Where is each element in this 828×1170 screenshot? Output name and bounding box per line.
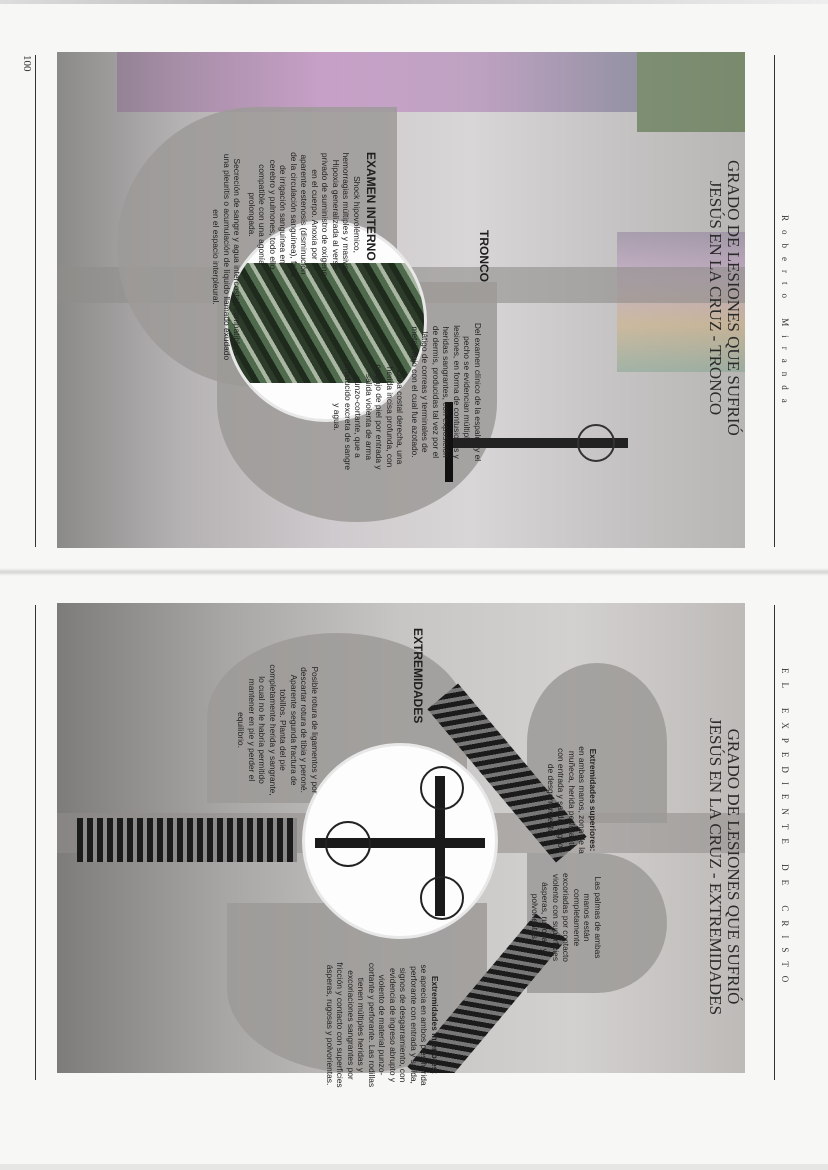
section-label-tronco: TRONCO (477, 230, 491, 282)
ligamentos-text: Posible rotura de ligamentos y por desca… (236, 660, 320, 800)
scan-streak (117, 52, 637, 112)
inferiores-block: Extremidades inferiores: se aprecia en a… (325, 960, 441, 1090)
header-rule-right (774, 605, 775, 1080)
title-line-1: GRADO DE LESIONES QUE SUFRIÓ (724, 160, 742, 436)
scan-streak (637, 52, 745, 132)
exudado-text: Secreción de sangre y agua intercostal, … (211, 152, 243, 362)
scan-edge-top (0, 0, 828, 4)
title-line-2: JESÚS EN LA CRUZ - EXTREMIDADES (706, 718, 724, 1015)
superiores-heading: Extremidades superiores: (588, 745, 599, 855)
legs (77, 818, 297, 862)
palmas-block: Las palmas de ambas manos están completa… (530, 870, 604, 965)
title-line-2: JESÚS EN LA CRUZ - TRONCO (706, 160, 724, 436)
page-title-extremidades: GRADO DE LESIONES QUE SUFRIÓ JESÚS EN LA… (706, 718, 742, 1015)
running-head-book: EL EXPEDIENTE DE CRISTO (780, 668, 790, 991)
palmas-text: Las palmas de ambas manos están completa… (530, 870, 604, 965)
examen-clinico-text: Del examen clínico de la espalda y el pe… (410, 322, 484, 462)
page-number: 100 (21, 55, 33, 72)
inferiores-heading: Extremidades inferiores: (430, 960, 441, 1090)
title-line-1: GRADO DE LESIONES QUE SUFRIÓ (724, 718, 742, 1015)
section-label-extremidades: EXTREMIDADES (411, 628, 425, 723)
page-title-tronco: GRADO DE LESIONES QUE SUFRIÓ JESÚS EN LA… (706, 160, 742, 436)
superiores-block: Extremidades superiores: en ambas manos,… (546, 745, 599, 855)
wound-circle-hand-right (420, 876, 464, 920)
footer-rule-right (35, 605, 36, 1080)
crucifix-halo (577, 424, 615, 462)
footer-rule-left (35, 55, 36, 547)
scan-edge-bottom (0, 1164, 828, 1170)
magnified-crucifix (302, 743, 498, 939)
examen-interno-text: Shock hipovolémico, hemorragias múltiple… (247, 152, 363, 277)
page-fold (0, 568, 828, 576)
superiores-text: en ambas manos, zona de la muñeca, herid… (546, 745, 588, 855)
wound-circle-hand-left (420, 766, 464, 810)
running-head-author: Roberto Miranda (780, 215, 790, 412)
examen-clinico-block: Del examen clínico de la espalda y el pe… (332, 322, 483, 522)
wound-circle-feet (325, 821, 371, 867)
ligamentos-block: Posible rotura de ligamentos y por desca… (236, 660, 320, 800)
header-rule-left (774, 55, 775, 547)
inferiores-text: se aprecia en ambos pies herida perforan… (325, 960, 430, 1090)
zona-costal-text: Zona costal derecha, una herida incisa p… (332, 362, 406, 472)
